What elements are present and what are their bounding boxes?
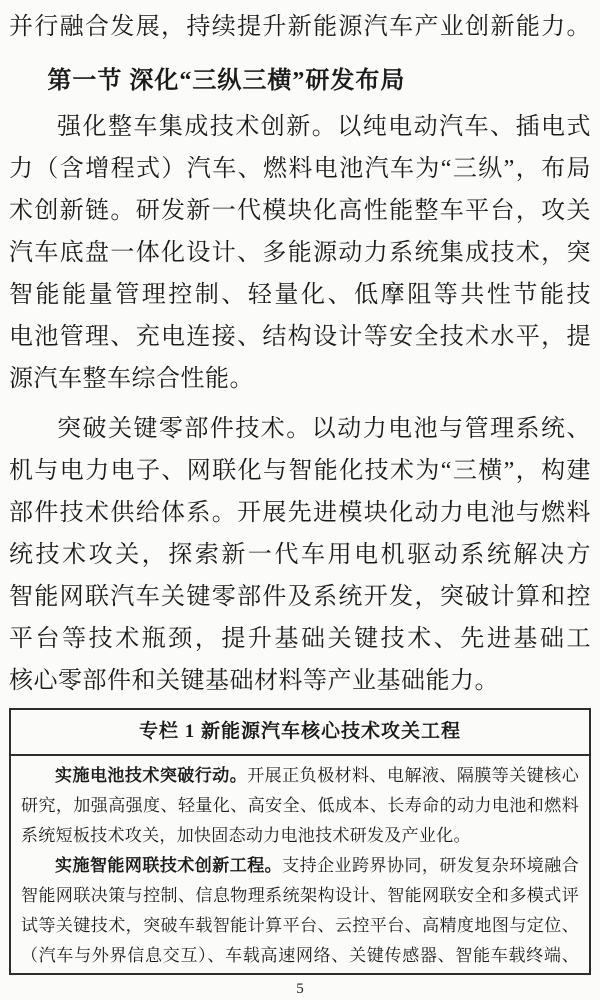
text-line: 平台等技术瓶颈，提升基础关键技术、先进基础工艺、基础: [9, 618, 591, 660]
bold-lead-battery: 实施电池技术突破行动。: [55, 766, 247, 785]
text-line: 源汽车整车综合性能。: [9, 358, 591, 400]
text-line: （汽车与外界信息交互）、车载高速网络、关键传感器、智能车载终端、线控: [21, 941, 579, 971]
text-line: 部件技术供给体系。开展先进模块化动力电池与燃料电池系: [9, 492, 591, 534]
text-line: 智能能量管理控制、轻量化、低摩阻等共性节能技术，提升: [9, 274, 591, 316]
bold-lead-icv: 实施智能网联技术创新工程。: [55, 856, 282, 875]
callout-box-body: 实施电池技术突破行动。开展正负极材料、电解液、隔膜等关键核心技术 研究，加强高强…: [11, 756, 589, 973]
text-line: 智能网联决策与控制、信息物理系统架构设计、智能网联安全和多模式评价测: [21, 881, 579, 911]
text-line: 智能网联汽车关键零部件及系统开发，突破计算和控制基础: [9, 576, 591, 618]
text-line: 力（含增程式）汽车、燃料电池汽车为“三纵”，布局整车技: [9, 148, 591, 190]
text-line: 研究，加强高强度、轻量化、高安全、低成本、长寿命的动力电池和燃料电池: [21, 791, 579, 821]
text-line: 核心零部件和关键基础材料等产业基础能力。: [9, 660, 591, 702]
paragraph-key-components: 突破关键零部件技术。以动力电池与管理系统、驱动电 机与电力电子、网联化与智能化技…: [9, 408, 591, 702]
line-text: （汽车与外界信息交互）、车载高速网络、关键传感器、智能车载终端、线控: [21, 946, 579, 971]
text-line: 统技术攻关，探索新一代车用电机驱动系统解决方案，加强: [9, 534, 591, 576]
page-number: 5: [0, 981, 600, 998]
text-line: 试等关键技术，突破车载智能计算平台、云控平台、高精度地图与定位、V2X: [21, 911, 579, 941]
line-text: 智能网联决策与控制、信息物理系统架构设计、智能网联安全和多模式评价测: [21, 886, 579, 911]
document-page: 并行融合发展，持续提升新能源汽车产业创新能力。 第一节 深化“三纵三横”研发布局…: [0, 0, 600, 1000]
text-line: 实施电池技术突破行动。开展正负极材料、电解液、隔膜等关键核心技术: [21, 761, 579, 791]
line-text: 系统短板技术攻关，加快固态动力电池技术研发及产业化。: [21, 826, 471, 845]
paragraph-vehicle-integration: 强化整车集成技术创新。以纯电动汽车、插电式混合动 力（含增程式）汽车、燃料电池汽…: [9, 106, 591, 400]
callout-box: 专栏 1 新能源汽车核心技术攻关工程 实施电池技术突破行动。开展正负极材料、电解…: [9, 708, 591, 975]
text-line: 术创新链。研发新一代模块化高性能整车平台，攻关纯电动: [9, 190, 591, 232]
line-text: 试等关键技术，突破车载智能计算平台、云控平台、高精度地图与定位、V2X: [21, 916, 579, 941]
callout-box-title: 专栏 1 新能源汽车核心技术攻关工程: [11, 710, 589, 756]
line-text: 研究，加强高强度、轻量化、高安全、低成本、长寿命的动力电池和燃料电池: [21, 796, 579, 821]
text-line: 实施智能网联技术创新工程。支持企业跨界协同，研发复杂环境融合感知、: [21, 851, 579, 881]
text-line: 机与电力电子、网联化与智能化技术为“三横”，构建关键零: [9, 450, 591, 492]
text-line: 系统短板技术攻关，加快固态动力电池技术研发及产业化。: [21, 821, 579, 851]
section-heading: 第一节 深化“三纵三横”研发布局: [9, 58, 591, 104]
text-line: 强化整车集成技术创新。以纯电动汽车、插电式混合动: [9, 106, 591, 148]
text-line: 电池管理、充电连接、结构设计等安全技术水平，提高新能: [9, 316, 591, 358]
intro-line: 并行融合发展，持续提升新能源汽车产业创新能力。: [9, 6, 591, 48]
text-line: 突破关键零部件技术。以动力电池与管理系统、驱动电: [9, 408, 591, 450]
text-line: 汽车底盘一体化设计、多能源动力系统集成技术，突破整车: [9, 232, 591, 274]
